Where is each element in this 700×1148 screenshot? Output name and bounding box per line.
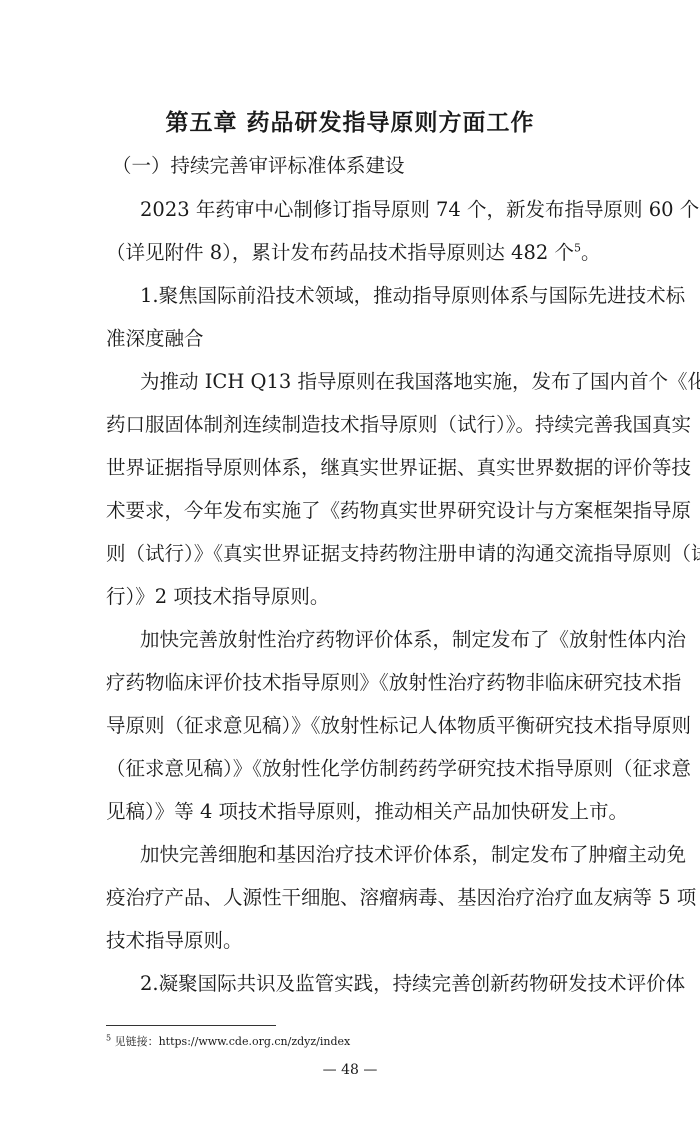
- subsection-heading-line: 准深度融合: [106, 325, 593, 353]
- footnote-number: 5: [106, 1033, 111, 1042]
- paragraph-line: 技术指导原则。: [106, 927, 593, 955]
- paragraph-line: （详见附件 8），累计发布药品技术指导原则达 482 个5。: [106, 239, 593, 267]
- footnote-text[interactable]: 见链接：https://www.cde.org.cn/zdyz/index: [115, 1035, 351, 1048]
- document-page: 第五章 药品研发指导原则方面工作 （一）持续完善审评标准体系建设 2023 年药…: [0, 0, 700, 1148]
- paragraph-line: 2023 年药审中心制修订指导原则 74 个，新发布指导原则 60 个: [140, 196, 593, 224]
- subsection-heading-line: 2.凝聚国际共识及监管实践，持续完善创新药物研发技术评价体: [140, 970, 593, 998]
- paragraph-line: 术要求，今年发布实施了《药物真实世界研究设计与方案框架指导原: [106, 497, 593, 525]
- paragraph-line: （征求意见稿）》《放射性化学仿制药药学研究技术指导原则（征求意: [106, 755, 593, 783]
- paragraph-trailing: 。: [581, 241, 601, 264]
- page-number: — 48 —: [0, 1062, 700, 1078]
- paragraph-line: 见稿）》等 4 项技术指导原则，推动相关产品加快研发上市。: [106, 798, 593, 826]
- paragraph-line: 为推动 ICH Q13 指导原则在我国落地实施，发布了国内首个《化: [140, 368, 593, 396]
- footnote-separator: [106, 1025, 276, 1026]
- section-heading: （一）持续完善审评标准体系建设: [112, 152, 599, 180]
- chapter-title: 第五章 药品研发指导原则方面工作: [0, 104, 700, 137]
- paragraph-line: 疫治疗产品、人源性干细胞、溶瘤病毒、基因治疗治疗血友病等 5 项: [106, 884, 593, 912]
- subsection-heading-line: 1.聚焦国际前沿技术领域，推动指导原则体系与国际先进技术标: [140, 282, 593, 310]
- paragraph-line: 加快完善放射性治疗药物评价体系，制定发布了《放射性体内治: [140, 626, 593, 654]
- paragraph-line: 则（试行）》《真实世界证据支持药物注册申请的沟通交流指导原则（试: [106, 540, 593, 568]
- paragraph-line: 药口服固体制剂连续制造技术指导原则（试行）》。持续完善我国真实: [106, 411, 593, 439]
- paragraph-line: 疗药物临床评价技术指导原则》《放射性治疗药物非临床研究技术指: [106, 669, 593, 697]
- footnote-ref[interactable]: 5: [574, 242, 581, 255]
- paragraph-text: （详见附件 8），累计发布药品技术指导原则达 482 个: [106, 241, 574, 264]
- paragraph-line: 导原则（征求意见稿）》《放射性标记人体物质平衡研究技术指导原则: [106, 712, 593, 740]
- paragraph-line: 加快完善细胞和基因治疗技术评价体系，制定发布了肿瘤主动免: [140, 841, 593, 869]
- paragraph-line: 世界证据指导原则体系，继真实世界证据、真实世界数据的评价等技: [106, 454, 593, 482]
- footnote: 5 见链接：https://www.cde.org.cn/zdyz/index: [106, 1033, 350, 1049]
- paragraph-line: 行）》2 项技术指导原则。: [106, 583, 593, 611]
